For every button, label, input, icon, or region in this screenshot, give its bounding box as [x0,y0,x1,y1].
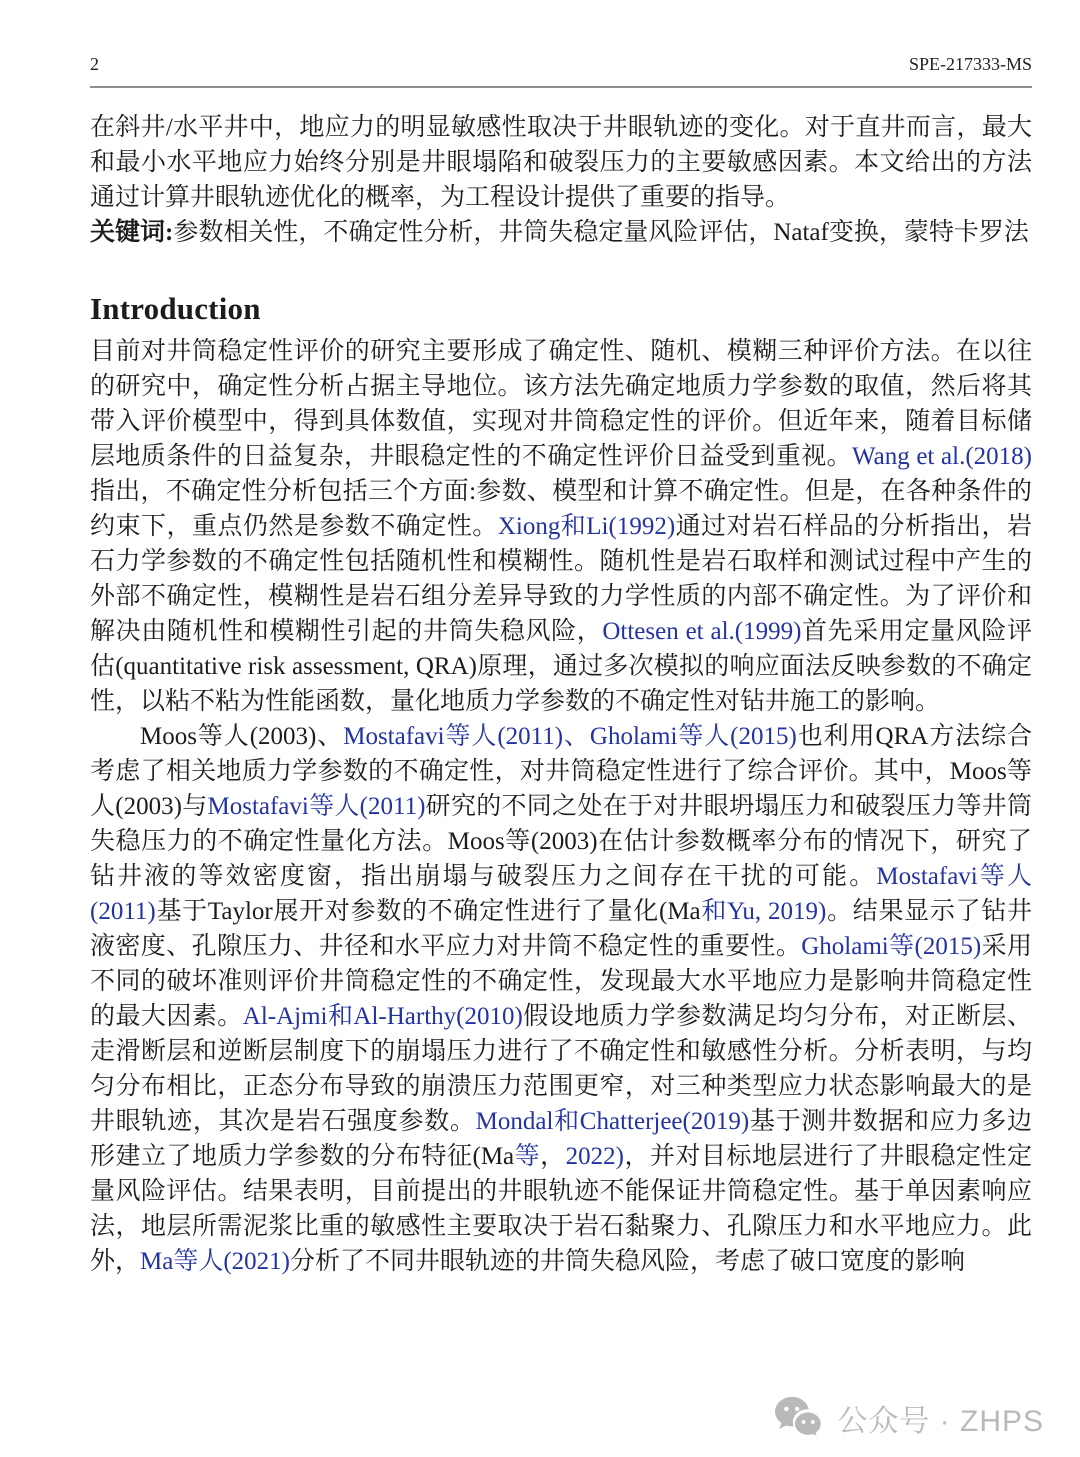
watermark: 公众号 · ZHPS [773,1395,1044,1441]
keywords-label: 关键词: [90,219,173,246]
keywords-text: 参数相关性，不确定性分析，井筒失稳定量风险评估，Nataf变换，蒙特卡罗法 [173,219,1029,246]
citation-link[interactable]: Mostafavi等人(2011)、 [343,723,590,750]
citation-link[interactable]: 和Yu, 2019) [701,898,827,925]
citation-link[interactable]: Ottesen et al.(1999) [602,618,801,645]
text-run: Moos等人(2003)、 [140,723,343,750]
text-run: 在斜井/水平井中，地应力的明显敏感性取决于井眼轨迹的变化。对于直井而言，最大和最… [90,114,1032,211]
citation-link[interactable]: Ma等人(2021) [140,1248,290,1275]
page-number: 2 [90,54,99,74]
text-run: ， [540,1143,566,1170]
document-page: 2 SPE-217333-MS 在斜井/水平井中，地应力的明显敏感性取决于井眼轨… [0,0,1080,1457]
document-id: SPE-217333-MS [909,54,1032,74]
citation-link[interactable]: Mondal和Chatterjee(2019) [476,1108,750,1135]
text-run: 基于Taylor展开对参数的不确定性进行了量化(Ma [156,898,701,925]
citation-link[interactable]: Gholami等(2015) [801,933,981,960]
citation-link[interactable]: Xiong和Li(1992) [498,513,675,540]
document-body: 在斜井/水平井中，地应力的明显敏感性取决于井眼轨迹的变化。对于直井而言，最大和最… [90,110,1032,1279]
lead-paragraph: 在斜井/水平井中，地应力的明显敏感性取决于井眼轨迹的变化。对于直井而言，最大和最… [90,110,1032,215]
citation-link[interactable]: Wang et al.(2018) [852,443,1032,470]
introduction-heading: Introduction [90,290,1032,328]
keywords-paragraph: 关键词:参数相关性，不确定性分析，井筒失稳定量风险评估，Nataf变换，蒙特卡罗… [90,215,1032,250]
citation-link[interactable]: 等 [514,1143,540,1170]
introduction-paragraph: Moos等人(2003)、Mostafavi等人(2011)、Gholami等人… [90,719,1032,1279]
text-run: 分析了不同井眼轨迹的井筒失稳风险，考虑了破口宽度的影响 [290,1248,965,1275]
page-header: 2 SPE-217333-MS [90,54,1032,74]
citation-link[interactable]: 2022) [566,1143,624,1170]
citation-link[interactable]: Gholami等人(2015) [590,723,797,750]
citation-link[interactable]: Mostafavi等人(2011) [207,793,425,820]
wechat-icon [773,1395,825,1441]
introduction-paragraph: 目前对井筒稳定性评价的研究主要形成了确定性、随机、模糊三种评价方法。在以往的研究… [90,334,1032,719]
header-divider [90,86,1032,88]
citation-link[interactable]: Al-Ajmi和Al-Harthy(2010) [243,1003,523,1030]
watermark-text: 公众号 · ZHPS [837,1396,1044,1440]
